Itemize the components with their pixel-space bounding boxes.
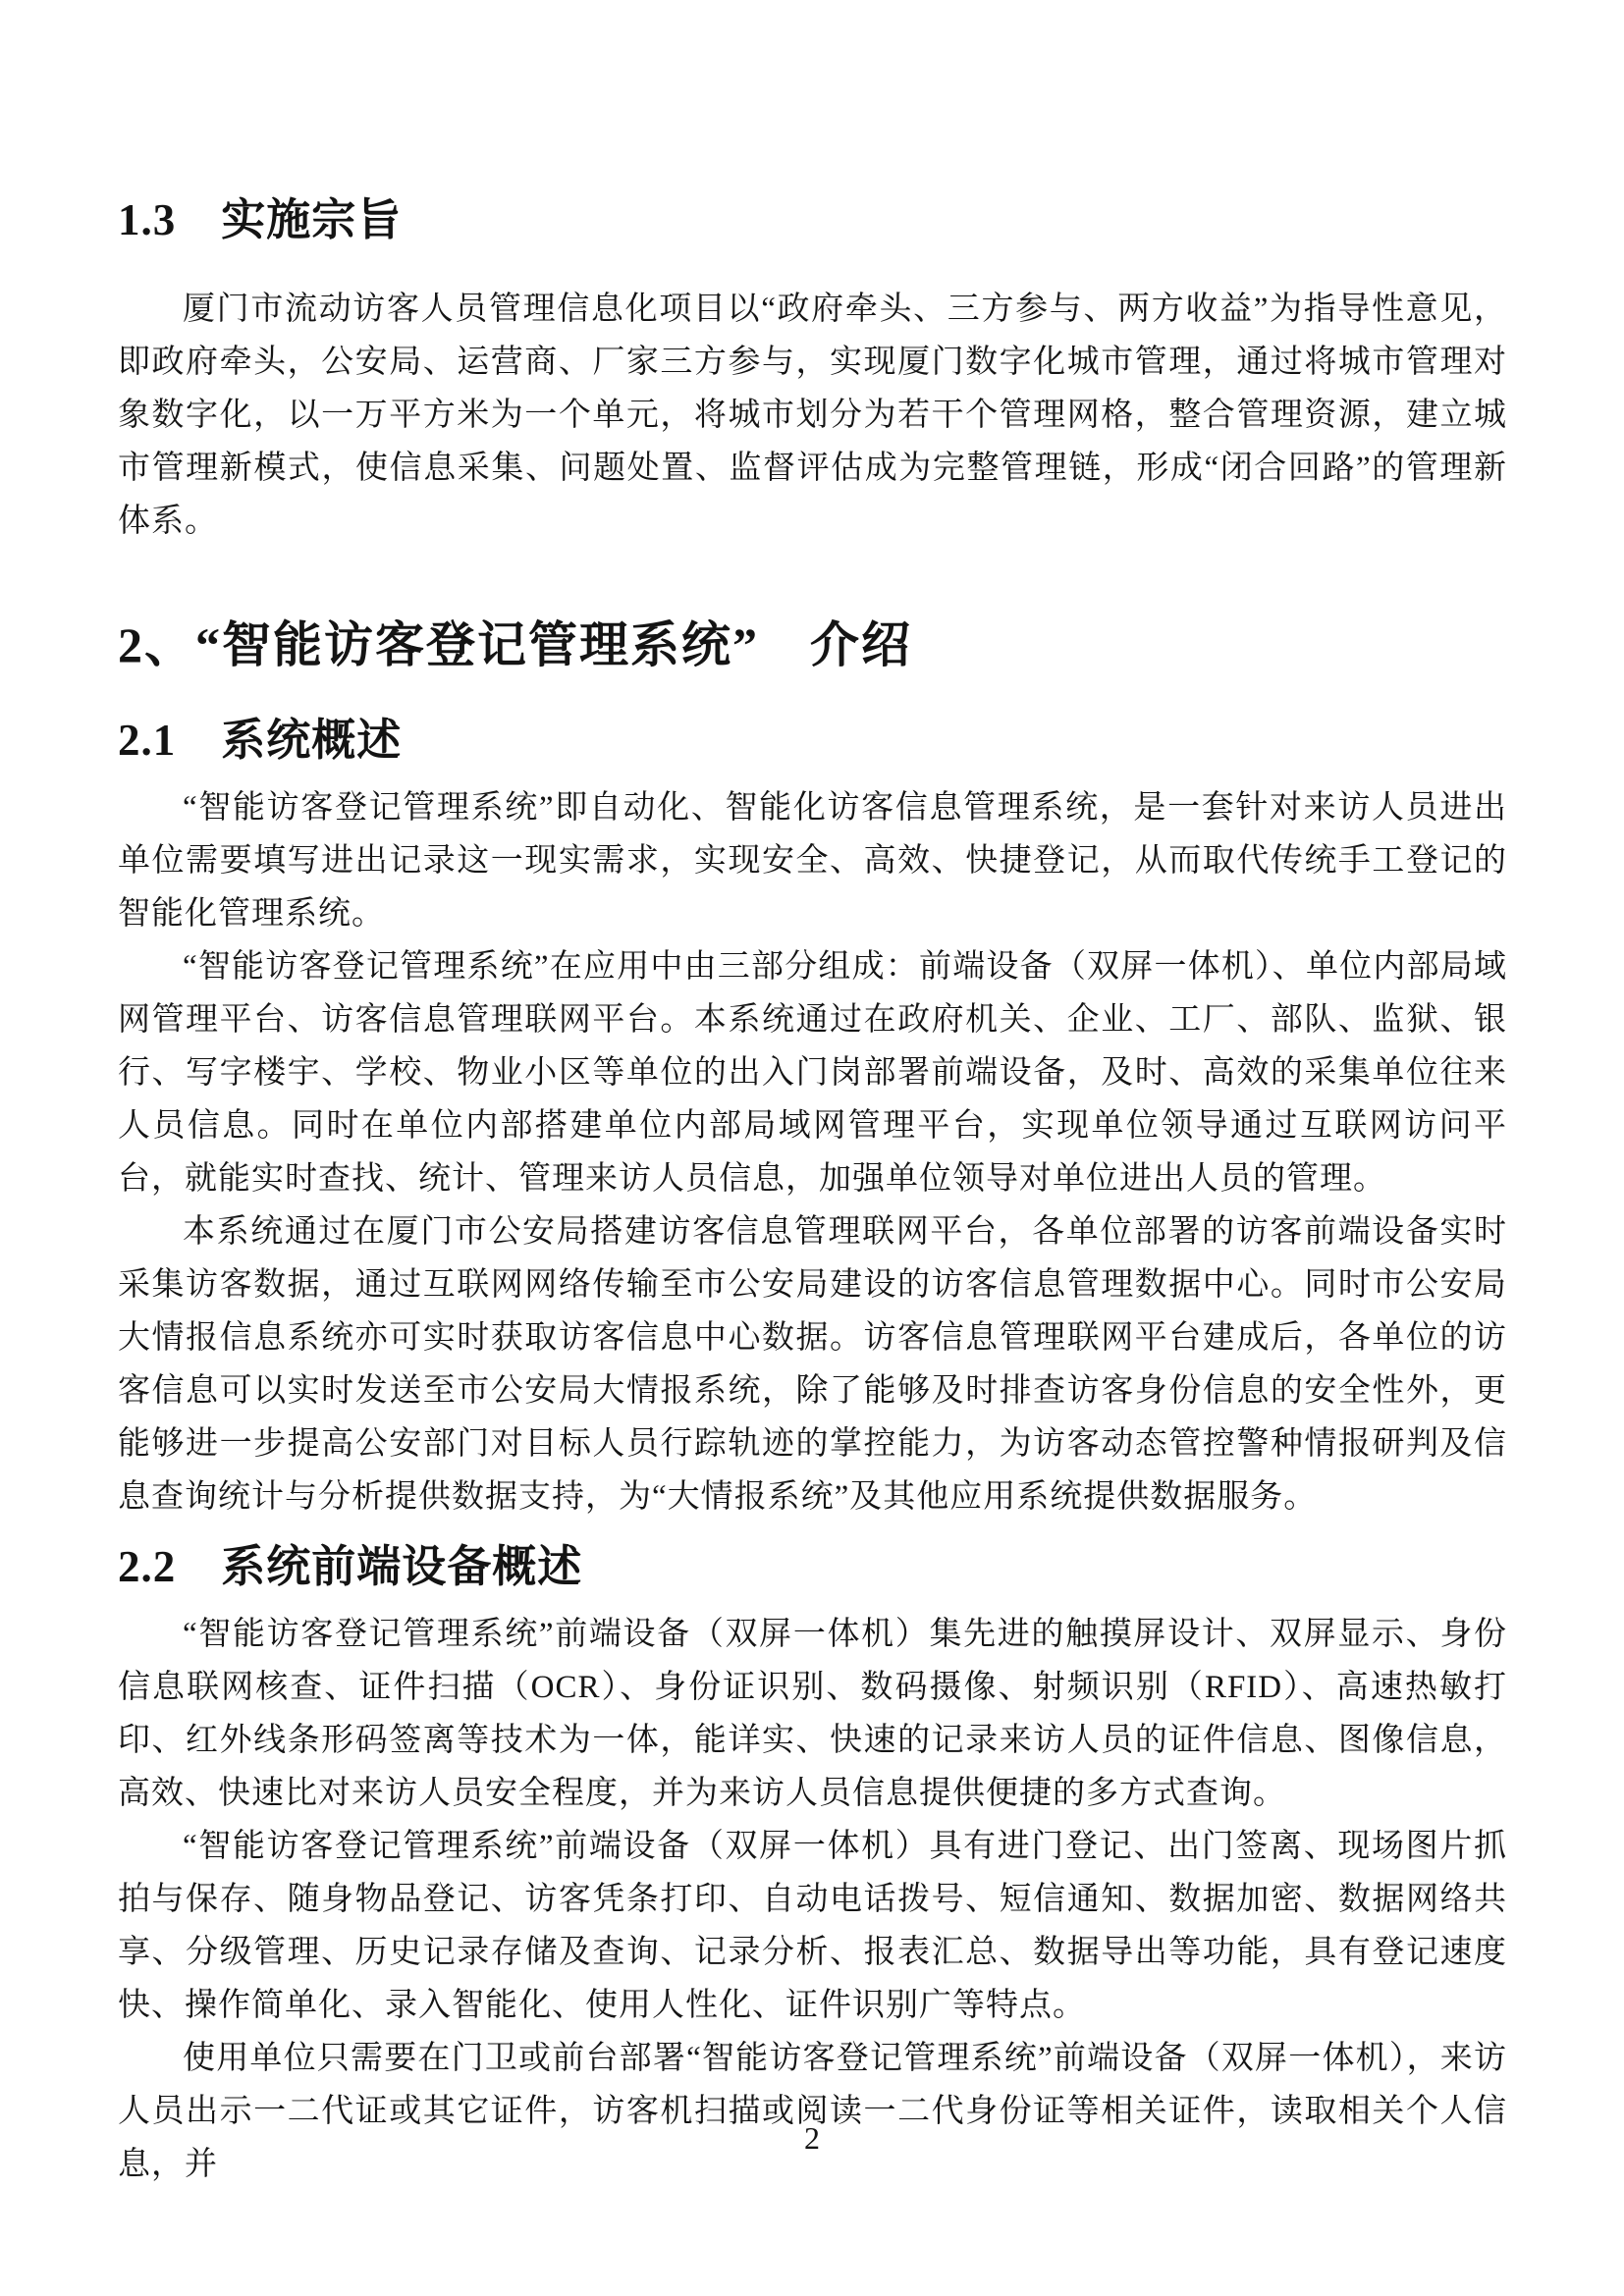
para-frontend-device-2: “智能访客登记管理系统”前端设备（双屏一体机）具有进门登记、出门签离、现场图片抓… xyxy=(118,1820,1507,2032)
heading-2-1-system-overview: 2.1 系统概述 xyxy=(118,713,1507,768)
para-frontend-device-3: 使用单位只需要在门卫或前台部署“智能访客登记管理系统”前端设备（双屏一体机），来… xyxy=(118,2032,1507,2191)
para-system-overview-2: “智能访客登记管理系统”在应用中由三部分组成：前端设备（双屏一体机）、单位内部局… xyxy=(118,940,1507,1205)
heading-2-system-introduction: 2、“智能访客登记管理系统” 介绍 xyxy=(118,614,1507,675)
page-footer: 2 xyxy=(0,2118,1624,2158)
para-system-overview-3: 本系统通过在厦门市公安局搭建访客信息管理联网平台，各单位部署的访客前端设备实时采… xyxy=(118,1205,1507,1523)
heading-2-2-frontend-device-overview: 2.2 系统前端设备概述 xyxy=(118,1539,1507,1594)
page-number: 2 xyxy=(804,2120,820,2156)
document-body: 1.3 实施宗旨 厦门市流动访客人员管理信息化项目以“政府牵头、三方参与、两方收… xyxy=(118,0,1507,2191)
document-page: 1.3 实施宗旨 厦门市流动访客人员管理信息化项目以“政府牵头、三方参与、两方收… xyxy=(0,0,1624,2296)
para-implementation-purpose: 厦门市流动访客人员管理信息化项目以“政府牵头、三方参与、两方收益”为指导性意见，… xyxy=(118,283,1507,548)
para-system-overview-1: “智能访客登记管理系统”即自动化、智能化访客信息管理系统，是一套针对来访人员进出… xyxy=(118,781,1507,940)
para-frontend-device-1: “智能访客登记管理系统”前端设备（双屏一体机）集先进的触摸屏设计、双屏显示、身份… xyxy=(118,1608,1507,1820)
heading-1-3-implementation-purpose: 1.3 实施宗旨 xyxy=(118,192,1507,247)
